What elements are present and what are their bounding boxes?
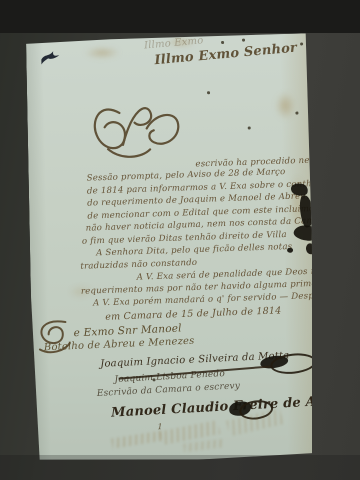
show-through-smudge: [183, 439, 224, 452]
bird-ink-mark-icon: [40, 50, 60, 65]
paper-stain: [84, 47, 120, 59]
ink-speck: [300, 42, 303, 45]
ink-speck: [207, 91, 210, 94]
ink-speck: [295, 112, 298, 115]
paper-stain: [275, 92, 296, 120]
photo-dark-top-band: [0, 0, 360, 33]
ink-speck: [248, 126, 251, 129]
body-line: traduzidas não constando: [80, 258, 197, 272]
photo-bottom-shade: [0, 455, 360, 480]
ink-speck: [242, 39, 245, 42]
manuscript-paper: Illmo Exmo Illmo Exmo Senhor escrivão ha…: [26, 33, 316, 462]
calligraphic-initial-flourish-icon: [87, 98, 192, 166]
date-line: em Camara de 15 de Julho de 1814: [105, 305, 281, 322]
edge-ink-blot: [305, 243, 316, 256]
show-through-smudge: [111, 431, 162, 449]
edge-ink-blot: [293, 224, 319, 242]
edge-ink-blot: [287, 248, 293, 253]
photo-of-manuscript: { "scene": { "background_color": "#3a3a3…: [0, 0, 360, 480]
ink-speck: [221, 41, 224, 44]
